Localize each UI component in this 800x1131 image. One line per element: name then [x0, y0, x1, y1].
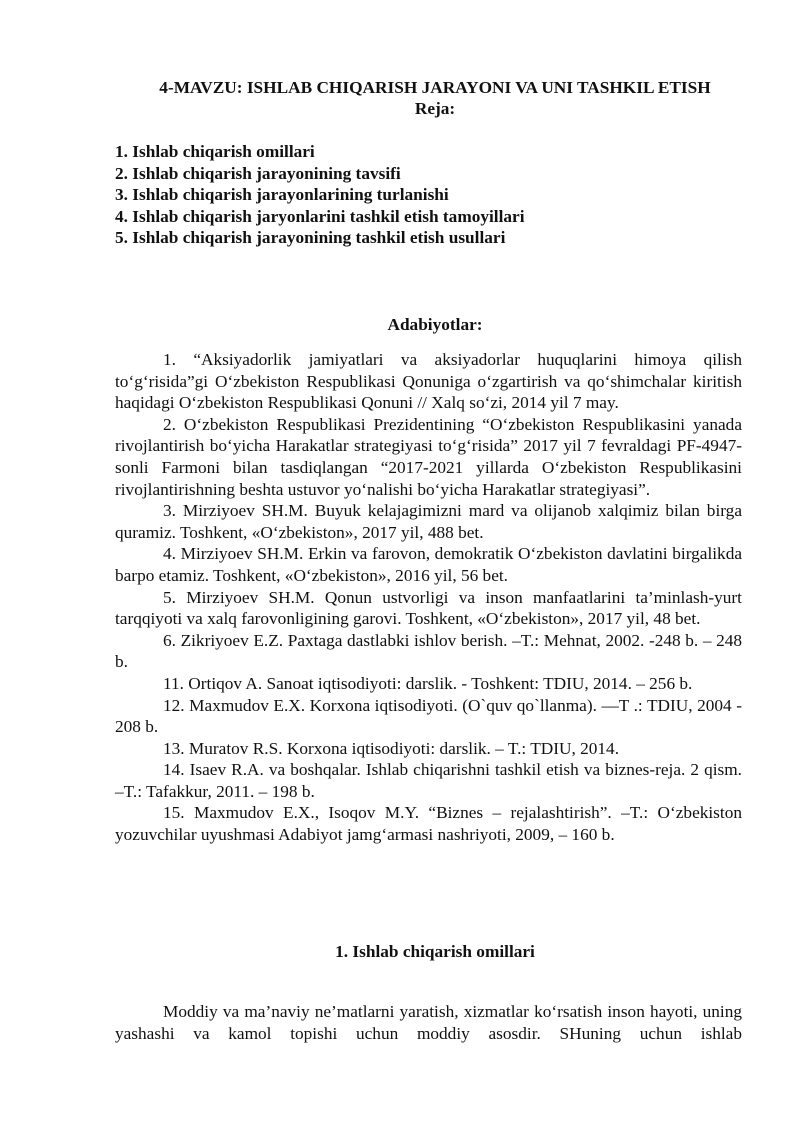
reference-item: 13. Muratov R.S. Korxona iqtisodiyoti: d… — [115, 738, 742, 760]
reference-item: 14. Isaev R.A. va boshqalar. Ishlab chiq… — [115, 759, 742, 802]
reference-item: 1. “Aksiyadorlik jamiyatlari va aksiyado… — [115, 349, 742, 414]
document-page: 4-MAVZU: ISHLAB CHIQARISH JARAYONI VA UN… — [0, 0, 800, 1131]
plan-item: 2. Ishlab chiqarish jarayonining tavsifi — [115, 163, 755, 185]
reference-item: 15. Maxmudov E.X., Isoqov M.Y. “Biznes –… — [115, 802, 742, 845]
body-paragraph: Moddiy va ma’naviy ne’matlarni yaratish,… — [115, 1001, 742, 1044]
reference-item: 4. Mirziyoev SH.M. Erkin va farovon, dem… — [115, 543, 742, 586]
reference-item: 11. Ortiqov A. Sanoat iqtisodiyoti: dars… — [115, 673, 742, 695]
plan-label: Reja: — [100, 98, 770, 119]
plan-item: 3. Ishlab chiqarish jarayonlarining turl… — [115, 184, 755, 206]
reference-item: 2. O‘zbekiston Respublikasi Prezidentini… — [115, 414, 742, 500]
reference-item: 5. Mirziyoev SH.M. Qonun ustvorligi va i… — [115, 587, 742, 630]
topic-title-line: 4-MAVZU: ISHLAB CHIQARISH JARAYONI VA UN… — [100, 77, 770, 98]
plan-item: 5. Ishlab chiqarish jarayonining tashkil… — [115, 227, 755, 249]
plan-item: 4. Ishlab chiqarish jaryonlarini tashkil… — [115, 206, 755, 228]
reference-item: 12. Maxmudov E.X. Korxona iqtisodiyoti. … — [115, 695, 742, 738]
literature-heading: Adabiyotlar: — [100, 314, 770, 336]
topic-title: 4-MAVZU: ISHLAB CHIQARISH JARAYONI VA UN… — [100, 77, 770, 120]
reference-item: 6. Zikriyoev E.Z. Paxtaga dastlabki ishl… — [115, 630, 742, 673]
reference-item: 3. Mirziyoev SH.M. Buyuk kelajagimizni m… — [115, 500, 742, 543]
reference-list: 1. “Aksiyadorlik jamiyatlari va aksiyado… — [115, 349, 742, 846]
plan-item: 1. Ishlab chiqarish omillari — [115, 141, 755, 163]
plan-list: 1. Ishlab chiqarish omillari 2. Ishlab c… — [115, 141, 755, 249]
section-heading: 1. Ishlab chiqarish omillari — [100, 941, 770, 963]
